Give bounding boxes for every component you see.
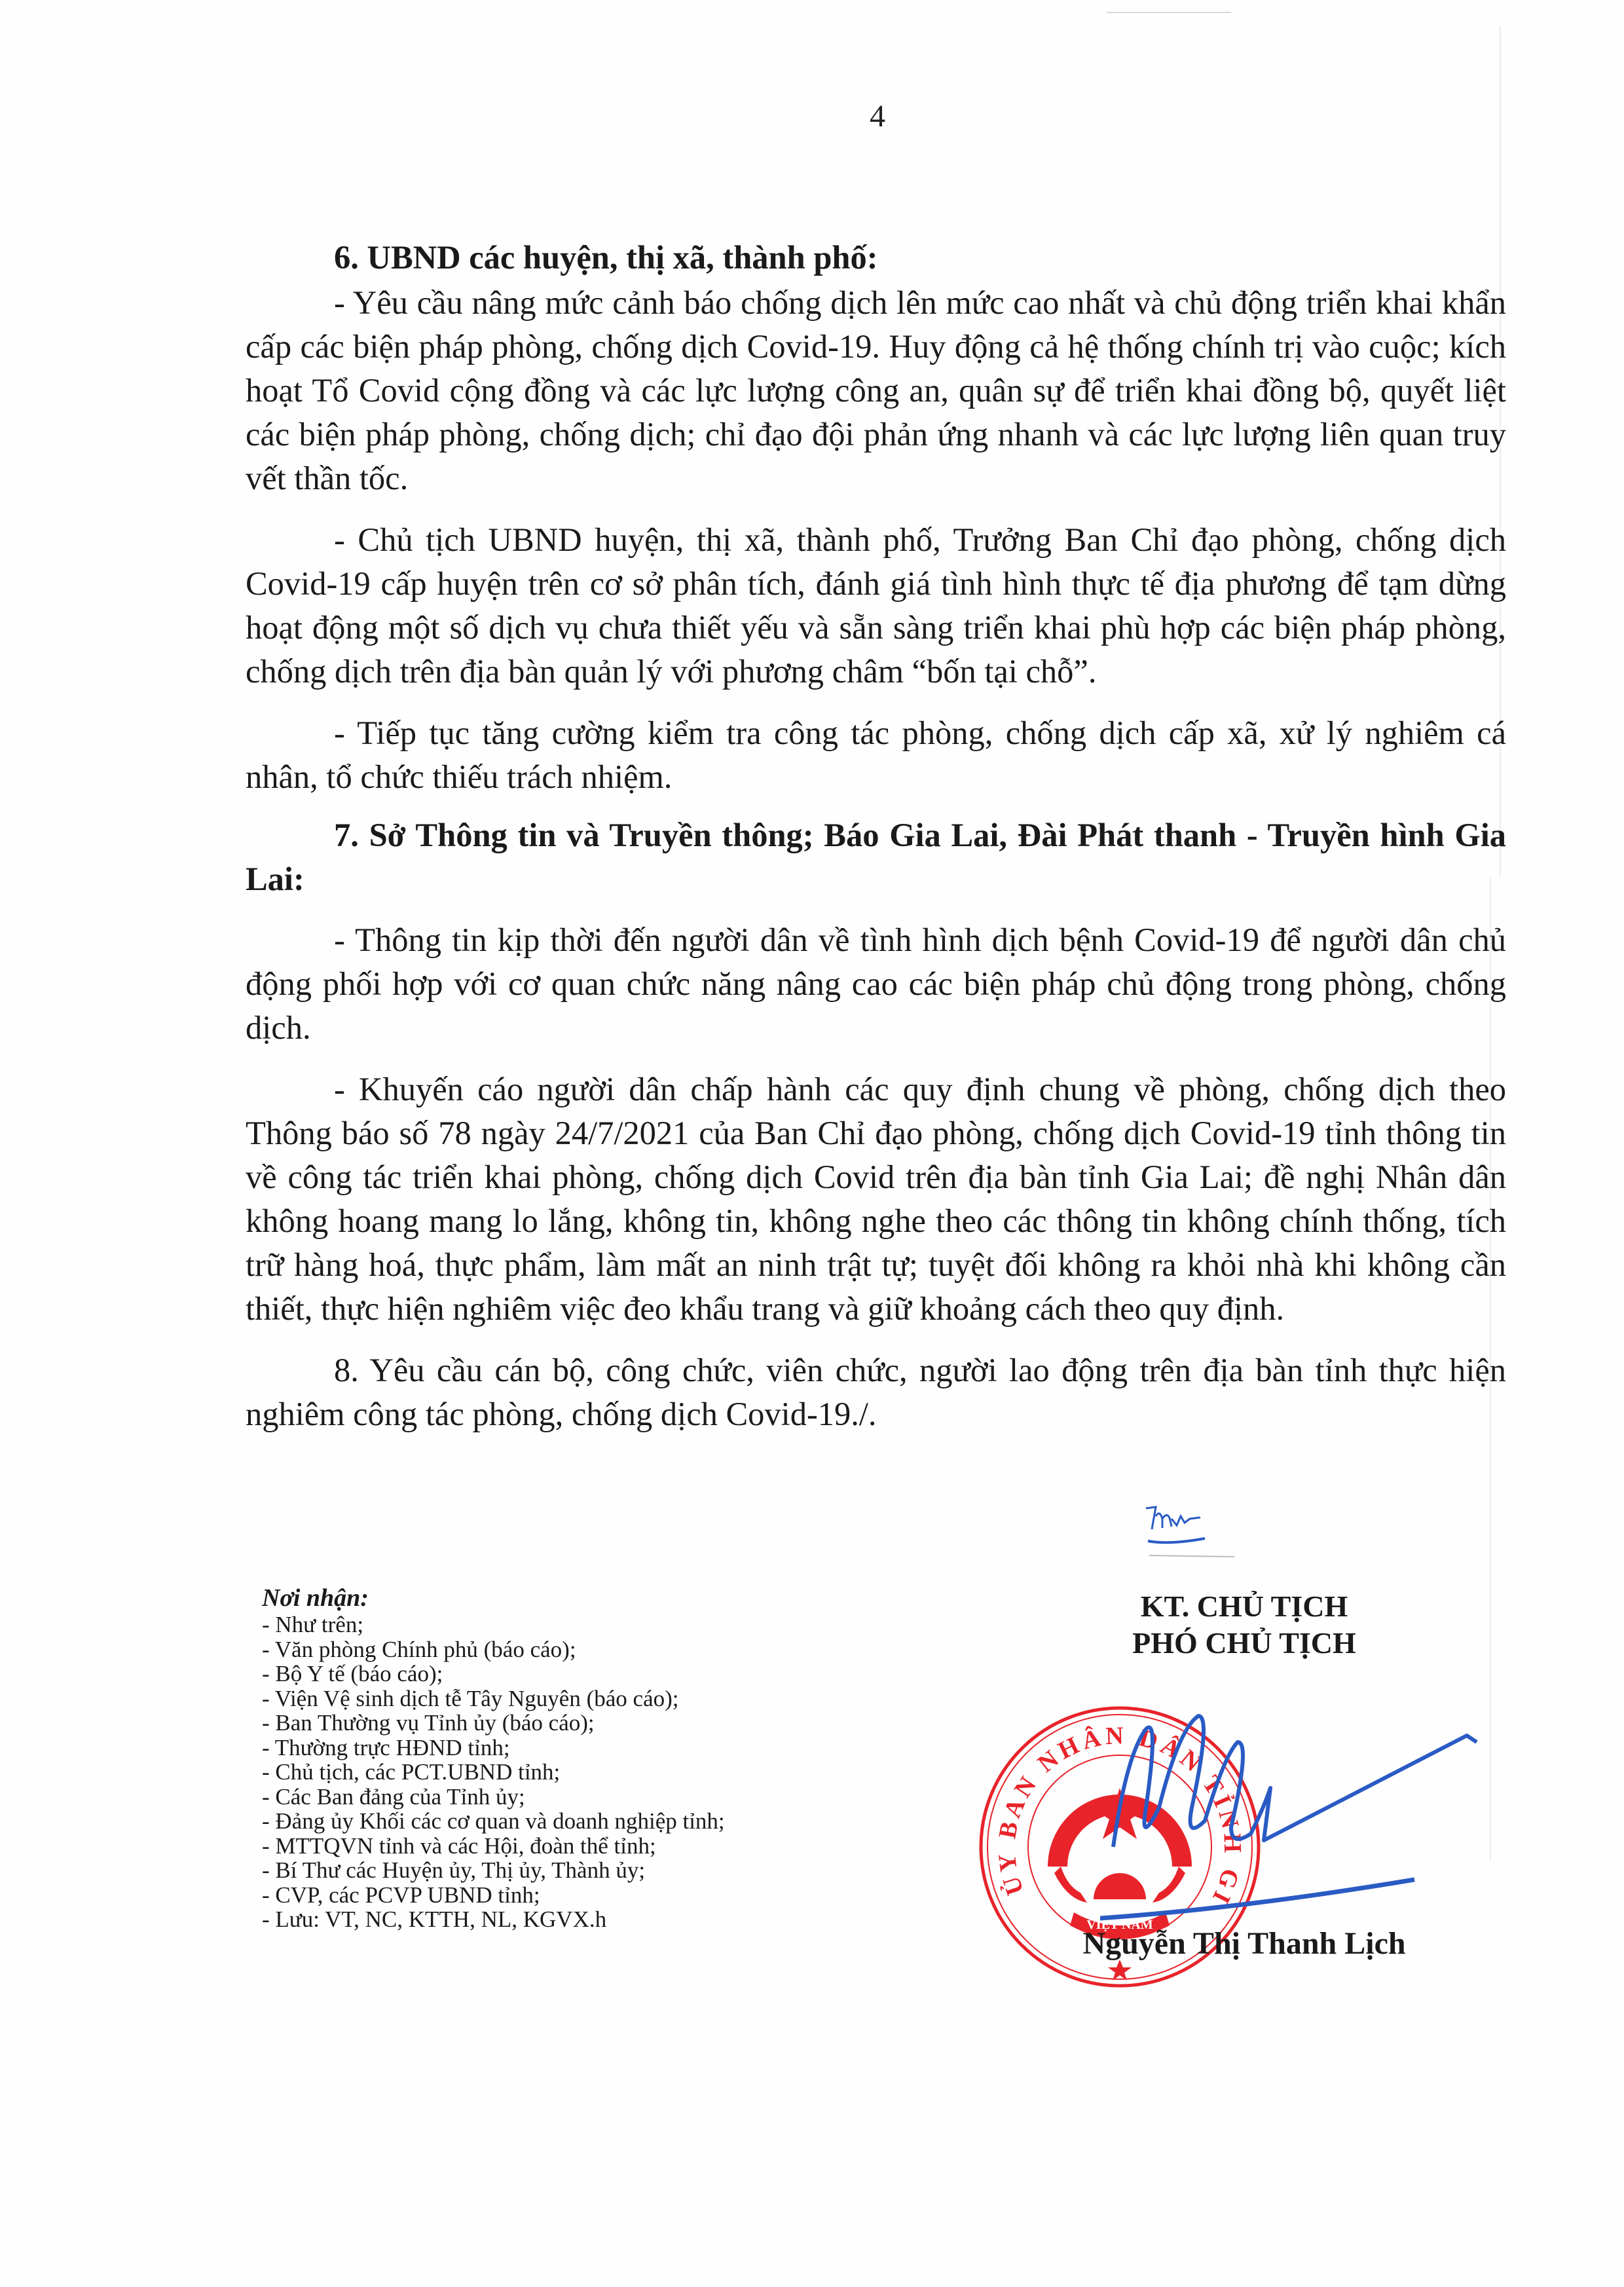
recipient-item: - Bí Thư các Huyện ủy, Thị ủy, Thành ủy; bbox=[262, 1858, 851, 1883]
recipient-item: - Viện Vệ sinh dịch tễ Tây Nguyên (báo c… bbox=[262, 1686, 851, 1711]
handwritten-signature-icon bbox=[1100, 1677, 1526, 1952]
section-7-paragraph: - Thông tin kịp thời đến người dân về tì… bbox=[246, 918, 1506, 1050]
recipient-item: - Đảng ủy Khối các cơ quan và doanh nghi… bbox=[262, 1809, 851, 1834]
recipient-item: - Ban Thường vụ Tỉnh ủy (báo cáo); bbox=[262, 1711, 851, 1736]
recipients-title: Nơi nhận: bbox=[262, 1584, 851, 1612]
section-8-paragraph: 8. Yêu cầu cán bộ, công chức, viên chức,… bbox=[246, 1348, 1506, 1436]
recipient-item: - CVP, các PCVP UBND tỉnh; bbox=[262, 1883, 851, 1908]
recipients-list: Nơi nhận: - Như trên; - Văn phòng Chính … bbox=[262, 1584, 851, 1932]
signer-title: PHÓ CHỦ TỊCH bbox=[1022, 1625, 1467, 1662]
section-7-paragraph: - Khuyến cáo người dân chấp hành các quy… bbox=[246, 1068, 1506, 1331]
recipient-item: - Lưu: VT, NC, KTTH, NL, KGVX.h bbox=[262, 1907, 851, 1932]
section-6-paragraph: - Yêu cầu nâng mức cảnh báo chống dịch l… bbox=[246, 281, 1506, 500]
section-6-heading: 6. UBND các huyện, thị xã, thành phố: bbox=[246, 236, 1506, 280]
recipient-item: - Như trên; bbox=[262, 1612, 851, 1637]
recipient-item: - Các Ban đảng của Tỉnh ủy; bbox=[262, 1785, 851, 1810]
recipient-item: - Văn phòng Chính phủ (báo cáo); bbox=[262, 1637, 851, 1662]
section-6-paragraph: - Chủ tịch UBND huyện, thị xã, thành phố… bbox=[246, 518, 1506, 694]
recipient-item: - Chủ tịch, các PCT.UBND tỉnh; bbox=[262, 1760, 851, 1785]
recipient-item: - MTTQVN tỉnh và các Hội, đoàn thể tỉnh; bbox=[262, 1834, 851, 1859]
section-6-paragraph: - Tiếp tục tăng cường kiểm tra công tác … bbox=[246, 711, 1506, 799]
section-7-heading: 7. Sở Thông tin và Truyền thông; Báo Gia… bbox=[246, 813, 1506, 901]
initials-mark-icon bbox=[1143, 1497, 1241, 1562]
recipient-item: - Thường trực HĐND tỉnh; bbox=[262, 1736, 851, 1760]
signer-authority: KT. CHỦ TỊCH bbox=[1022, 1588, 1467, 1625]
document-page: 4 6. UBND các huyện, thị xã, thành phố: … bbox=[0, 0, 1624, 2287]
recipient-item: - Bộ Y tế (báo cáo); bbox=[262, 1662, 851, 1686]
signer-name: Nguyễn Thị Thanh Lịch bbox=[1022, 1925, 1467, 1962]
page-number: 4 bbox=[0, 98, 1624, 134]
signature-block: KT. CHỦ TỊCH PHÓ CHỦ TỊCH bbox=[1022, 1588, 1467, 1662]
scan-artifact bbox=[1107, 12, 1231, 13]
document-body: 6. UBND các huyện, thị xã, thành phố: - … bbox=[246, 236, 1506, 1454]
